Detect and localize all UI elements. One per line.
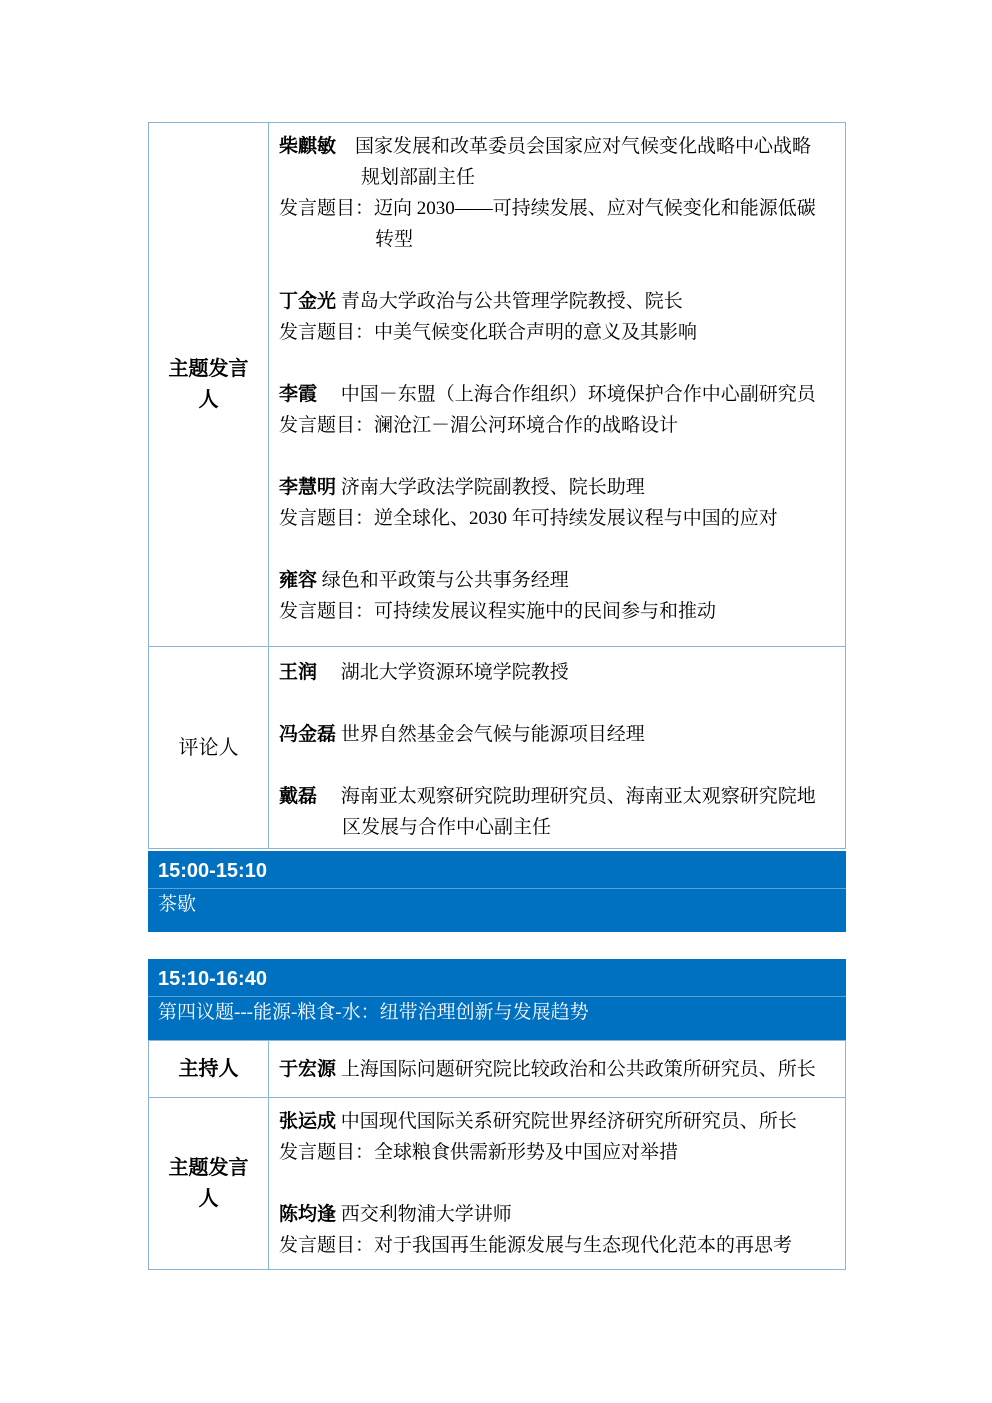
speaker-line: 李霞 中国－东盟（上海合作组织）环境保护合作中心副研究员 [279,379,845,410]
speaker-name: 张运成 [279,1111,336,1132]
blank-line [279,348,845,379]
speaker-line: 陈均逢 西交利物浦大学讲师 [279,1199,845,1230]
text-line: 转型 [279,224,845,255]
column-divider [268,1041,269,1269]
blank-line [279,1168,845,1199]
tea-break-title: 茶歇 [158,891,836,919]
blank-line [279,750,845,781]
row-label-line: 人 [199,385,219,416]
speaker-line: 于宏源 上海国际问题研究院比较政治和公共政策所研究员、所长 [279,1054,845,1085]
speaker-line: 丁金光 青岛大学政治与公共管理学院教授、院长 [279,286,845,317]
session4-title: 第四议题---能源-粮食-水：纽带治理创新与发展趋势 [158,999,836,1027]
speaker-name: 冯金磊 [279,724,336,745]
row-label-line: 人 [199,1184,219,1215]
speaker-line: 冯金磊 世界自然基金会气候与能源项目经理 [279,719,845,750]
session4-bar: 15:10-16:40 第四议题---能源-粮食-水：纽带治理创新与发展趋势 [148,959,846,1040]
row-label-line: 主题发言 [169,1153,249,1184]
blank-line [279,534,845,565]
speaker-name: 李慧明 [279,477,336,498]
tea-break-bar: 15:00-15:10 茶歇 [148,851,846,932]
speaker-line: 戴磊 海南亚太观察研究院助理研究员、海南亚太观察研究院地 [279,781,845,812]
bar-separator [148,888,846,889]
speaker-name: 雍容 [279,570,317,591]
speaker-line: 柴麒敏 国家发展和改革委员会国家应对气候变化战略中心战略 [279,131,845,162]
moderator-content: 于宏源 上海国际问题研究院比较政治和公共政策所研究员、所长 [270,1041,845,1097]
text-line: 发言题目：逆全球化、2030 年可持续发展议程与中国的应对 [279,503,845,534]
text-line: 发言题目：对于我国再生能源发展与生态现代化范本的再思考 [279,1230,845,1261]
speaker-name: 陈均逢 [279,1204,336,1225]
speaker-name: 柴麒敏 [279,136,336,157]
speaker-name: 李霞 [279,384,317,405]
blank-line [279,688,845,719]
text-line: 区发展与合作中心副主任 [279,812,845,843]
keynote-speakers-content: 柴麒敏 国家发展和改革委员会国家应对气候变化战略中心战略规划部副主任发言题目：迈… [270,123,845,646]
speaker-name: 王润 [279,662,317,683]
text-line: 发言题目：澜沧江－湄公河环境合作的战略设计 [279,410,845,441]
blank-line [279,255,845,286]
row-label-line: 主持人 [179,1054,239,1085]
blank-line [279,441,845,472]
agenda-document-page: 主题发言人 柴麒敏 国家发展和改革委员会国家应对气候变化战略中心战略规划部副主任… [0,0,992,1403]
text-line: 发言题目：可持续发展议程实施中的民间参与和推动 [279,596,845,627]
moderator-label: 主持人 [149,1041,268,1097]
row-label-line: 主题发言 [169,354,249,385]
session3-table: 主题发言人 柴麒敏 国家发展和改革委员会国家应对气候变化战略中心战略规划部副主任… [148,122,846,849]
speaker-name: 丁金光 [279,291,336,312]
commentators-content: 王润 湖北大学资源环境学院教授冯金磊 世界自然基金会气候与能源项目经理戴磊 海南… [270,647,845,849]
session4-speakers-label: 主题发言人 [149,1098,268,1270]
keynote-speakers-label: 主题发言人 [149,123,268,646]
session4-table: 主持人 于宏源 上海国际问题研究院比较政治和公共政策所研究员、所长 主题发言人 … [148,1040,846,1270]
text-line: 发言题目：中美气候变化联合声明的意义及其影响 [279,317,845,348]
speaker-name: 戴磊 [279,786,317,807]
bar-separator [148,996,846,997]
column-divider [268,123,269,848]
speaker-line: 李慧明 济南大学政法学院副教授、院长助理 [279,472,845,503]
row-label-line: 评论人 [179,733,239,764]
speaker-line: 雍容 绿色和平政策与公共事务经理 [279,565,845,596]
text-line: 规划部副主任 [279,162,845,193]
session4-time: 15:10-16:40 [158,965,836,993]
text-line: 发言题目：迈向 2030——可持续发展、应对气候变化和能源低碳 [279,193,845,224]
tea-break-time: 15:00-15:10 [158,857,836,885]
speaker-name: 于宏源 [279,1059,336,1080]
commentators-label: 评论人 [149,647,268,849]
text-line: 发言题目：全球粮食供需新形势及中国应对举措 [279,1137,845,1168]
speaker-line: 张运成 中国现代国际关系研究院世界经济研究所研究员、所长 [279,1106,845,1137]
speaker-line: 王润 湖北大学资源环境学院教授 [279,657,845,688]
session4-speakers-content: 张运成 中国现代国际关系研究院世界经济研究所研究员、所长发言题目：全球粮食供需新… [270,1098,845,1270]
